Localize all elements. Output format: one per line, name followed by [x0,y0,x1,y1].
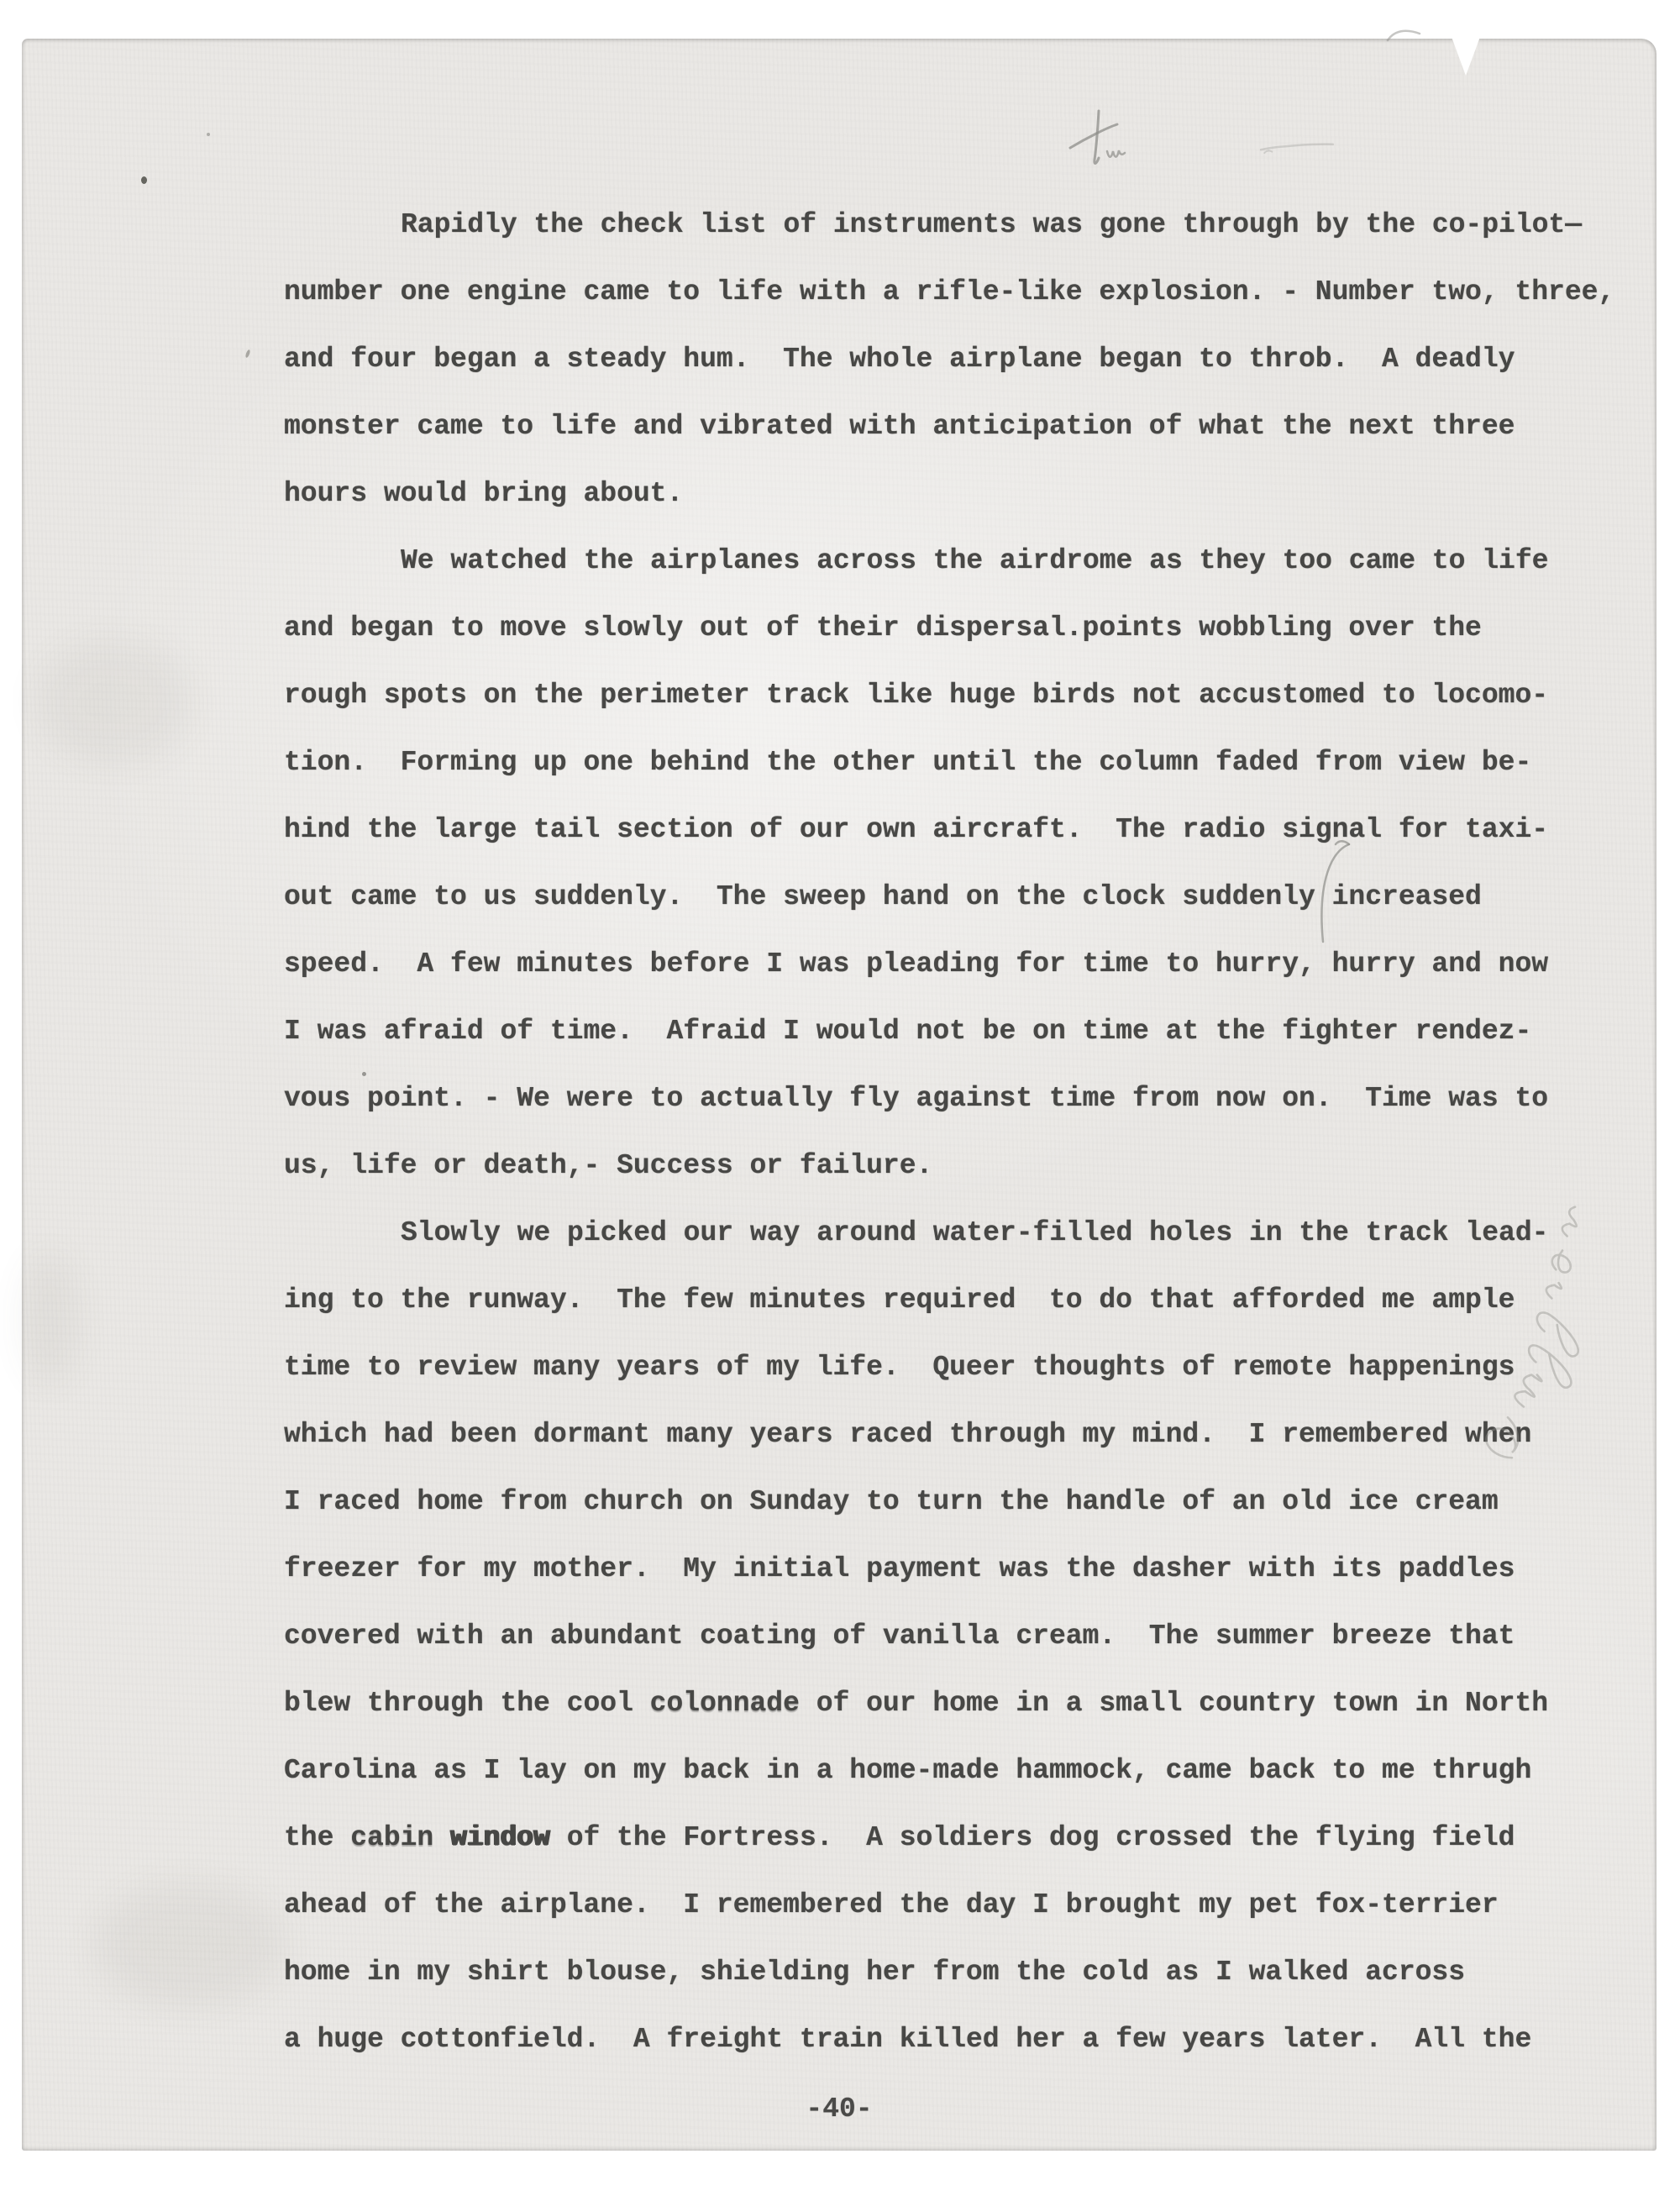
line-text: rough spots on the perimeter track like … [284,680,1548,711]
paper-stain [34,638,193,764]
text-line: the cabin window of the Fortress. A sold… [284,1805,1649,1872]
text-line: I raced home from church on Sunday to tu… [284,1468,1649,1536]
page-number: -40- [22,2076,1656,2143]
pencil-squiggle [1384,22,1426,47]
text-lines: Rapidly the check list of instruments wa… [284,192,1649,2073]
paper-stain [20,1252,79,1386]
line-text: time to review many years of my life. Qu… [284,1352,1515,1383]
text-line: covered with an abundant coating of vani… [284,1603,1649,1670]
line-text: I raced home from church on Sunday to tu… [284,1486,1499,1517]
text-line: monster came to life and vibrated with a… [284,393,1649,460]
overstruck-word: colonnade [650,1688,800,1719]
text-line: Carolina as I lay on my back in a home-m… [284,1737,1649,1805]
scanned-page-background: { "document": { "description": "typewrit… [0,0,1680,2196]
line-text: ahead of the airplane. I remembered the … [284,1889,1499,1920]
text-line: ing to the runway. The few minutes requi… [284,1267,1649,1334]
overstruck-word: window [450,1822,550,1853]
text-line: Rapidly the check list of instruments wa… [284,192,1649,259]
line-text: which had been dormant many years raced … [284,1419,1531,1450]
text-line: vous point. - We were to actually fly ag… [284,1065,1649,1132]
pencil-mark-tw [1067,108,1151,183]
overstruck-word: cabin [350,1822,433,1853]
line-text: blew through the cool [284,1688,650,1719]
line-text: number one engine came to life with a ri… [284,276,1614,307]
text-line: hind the large tail section of our own a… [284,796,1649,864]
line-text: us, life or death,- Success or failure. [284,1150,932,1181]
text-line: home in my shirt blouse, shielding her f… [284,1939,1649,2006]
line-text: and began to move slowly out of their di… [284,612,1482,644]
paper-stain [92,1882,286,2008]
line-text: monster came to life and vibrated with a… [284,411,1515,442]
text-line: and four began a steady hum. The whole a… [284,326,1649,393]
text-line: blew through the cool colonnade of our h… [284,1670,1649,1737]
pencil-caret-mark [1300,836,1359,949]
line-text: speed. A few minutes before I was pleadi… [284,948,1548,980]
ink-speck [362,1072,366,1076]
line-text: of our home in a small country town in N… [800,1688,1548,1719]
text-line: tion. Forming up one behind the other un… [284,729,1649,796]
text-line: rough spots on the perimeter track like … [284,662,1649,729]
text-line: and began to move slowly out of their di… [284,595,1649,662]
ink-speck [207,133,210,136]
text-line: I was afraid of time. Afraid I would not… [284,998,1649,1065]
line-text: Carolina as I lay on my back in a home-m… [284,1755,1531,1786]
line-text: freezer for my mother. My initial paymen… [284,1553,1515,1584]
line-text: ing to the runway. The few minutes requi… [284,1285,1515,1316]
line-text: home in my shirt blouse, shielding her f… [284,1957,1465,1988]
text-line: speed. A few minutes before I was pleadi… [284,931,1649,998]
line-text: covered with an abundant coating of vani… [284,1621,1515,1652]
line-text: I was afraid of time. Afraid I would not… [284,1016,1531,1047]
text-line: out came to us suddenly. The sweep hand … [284,864,1649,931]
text-line: Slowly we picked our way around water-fi… [284,1200,1649,1267]
line-text: and four began a steady hum. The whole a… [284,344,1515,375]
line-text [433,1822,450,1853]
line-text: Rapidly the check list of instruments wa… [401,209,1582,240]
line-text: of the Fortress. A soldiers dog crossed … [550,1822,1515,1853]
paper-sheet: Rapidly the check list of instruments wa… [22,39,1656,2151]
line-text: the [284,1822,350,1853]
text-line: number one engine came to life with a ri… [284,259,1649,326]
text-line: We watched the airplanes across the aird… [284,528,1649,595]
text-line: us, life or death,- Success or failure. [284,1132,1649,1200]
ink-speck [141,176,147,184]
line-text: Slowly we picked our way around water-fi… [401,1217,1548,1248]
line-text: We watched the airplanes across the aird… [401,545,1548,576]
line-text: vous point. - We were to actually fly ag… [284,1083,1548,1114]
text-line: freezer for my mother. My initial paymen… [284,1536,1649,1603]
text-line: hours would bring about. [284,460,1649,528]
line-text: a huge cottonfield. A freight train kill… [284,2024,1531,2055]
text-line: ahead of the airplane. I remembered the … [284,1872,1649,1939]
line-text: tion. Forming up one behind the other un… [284,747,1531,778]
text-line: a huge cottonfield. A freight train kill… [284,2006,1649,2073]
line-text: hours would bring about. [284,478,683,509]
paper-edge-notch [1452,37,1480,76]
text-line: time to review many years of my life. Qu… [284,1334,1649,1401]
